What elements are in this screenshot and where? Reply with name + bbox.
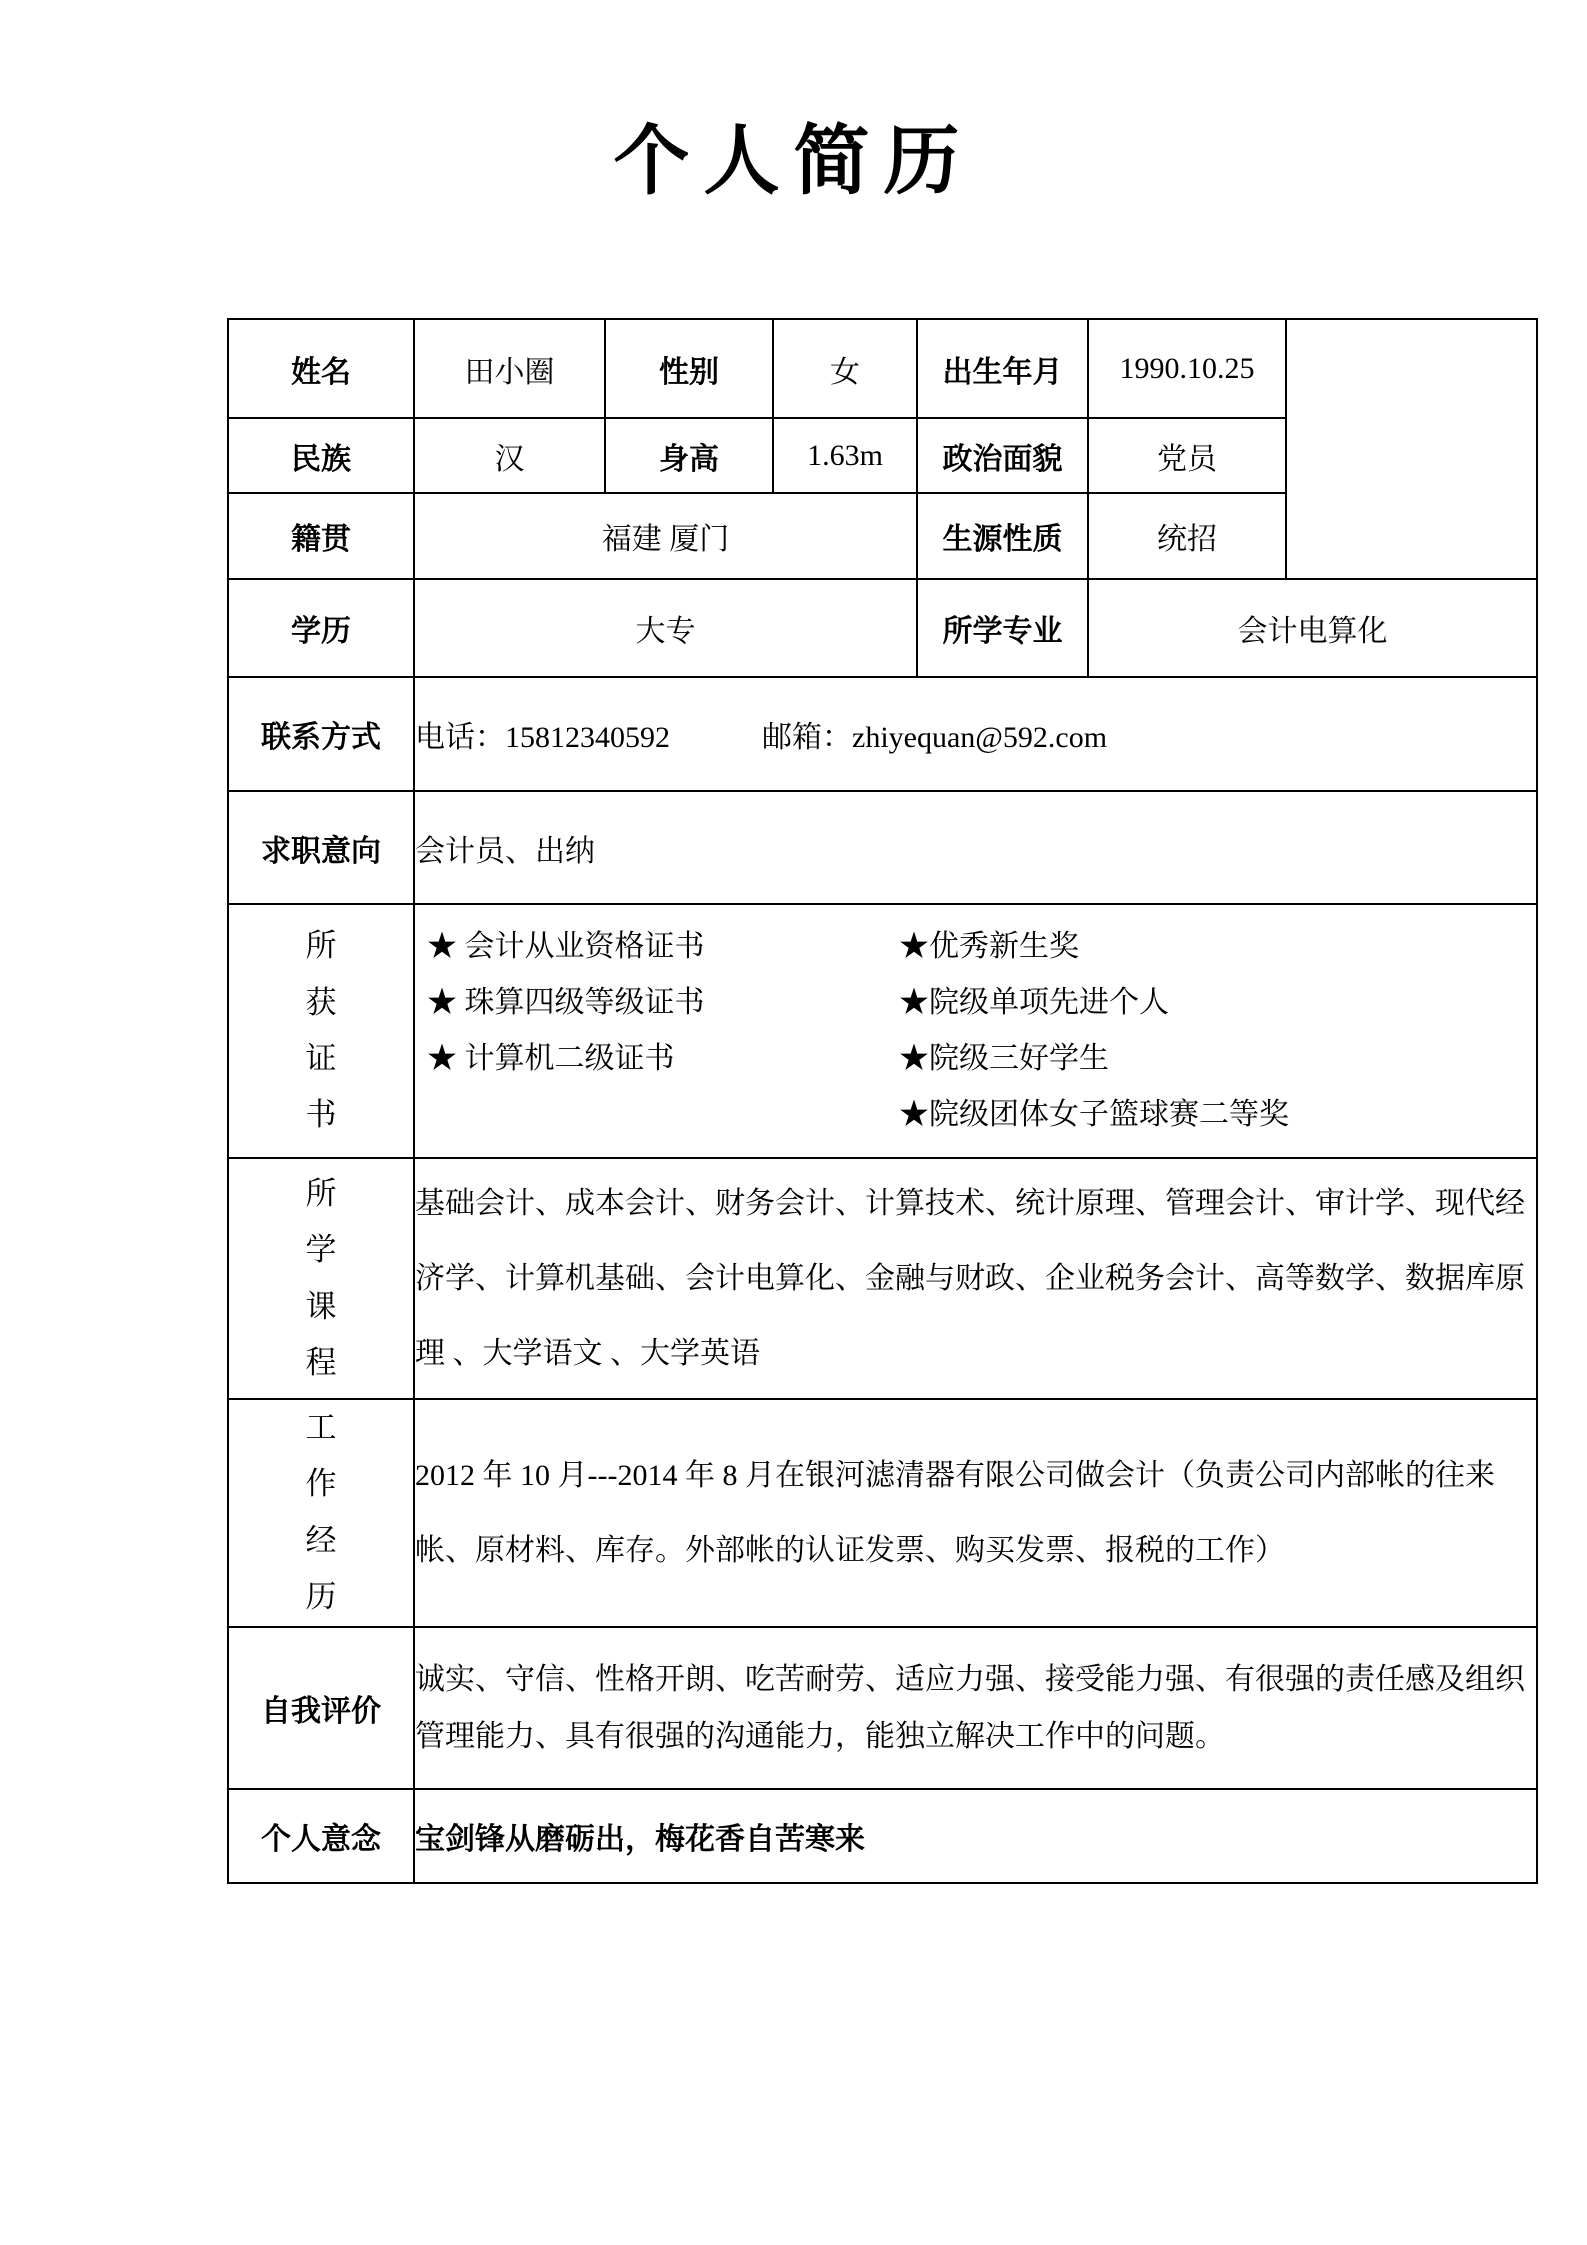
contact-phone: 电话：15812340592 (415, 721, 670, 754)
origin-label: 生源性质 (917, 493, 1088, 579)
birth-value: 1990.10.25 (1088, 319, 1286, 418)
major-value: 会计电算化 (1088, 579, 1537, 677)
row-motto: 个人意念 宝剑锋从磨砺出，梅花香自苦寒来 (228, 1789, 1537, 1883)
contact-value-cell: 电话：15812340592邮箱：zhiyequan@592.com (414, 677, 1537, 791)
height-value: 1.63m (773, 418, 917, 493)
motto-label: 个人意念 (228, 1789, 414, 1883)
award-item: ★院级单项先进个人 (899, 975, 1289, 1031)
courses-label: 所学课程 (228, 1158, 414, 1399)
award-item: ★院级团体女子篮球赛二等奖 (899, 1087, 1289, 1143)
row-certificates: 所获证书 ★ 会计从业资格证书 ★ 珠算四级等级证书 ★ 计算机二级证书 ★优秀… (228, 904, 1537, 1158)
row-contact: 联系方式 电话：15812340592邮箱：zhiyequan@592.com (228, 677, 1537, 791)
courses-cell: 基础会计、成本会计、财务会计、计算技术、统计原理、管理会计、审计学、现代经济学、… (414, 1158, 1537, 1399)
gender-label: 性别 (605, 319, 773, 418)
row-courses: 所学课程 基础会计、成本会计、财务会计、计算技术、统计原理、管理会计、审计学、现… (228, 1158, 1537, 1399)
certificates-cell: ★ 会计从业资格证书 ★ 珠算四级等级证书 ★ 计算机二级证书 ★优秀新生奖 ★… (414, 904, 1537, 1158)
award-list-right: ★优秀新生奖 ★院级单项先进个人 ★院级三好学生 ★院级团体女子篮球赛二等奖 (899, 919, 1289, 1143)
certificates-label: 所获证书 (228, 904, 414, 1158)
award-item: ★院级三好学生 (899, 1031, 1289, 1087)
ethnicity-label: 民族 (228, 418, 414, 493)
origin-value: 统招 (1088, 493, 1286, 579)
name-label: 姓名 (228, 319, 414, 418)
ethnicity-value: 汉 (414, 418, 605, 493)
education-value: 大专 (414, 579, 917, 677)
page-title: 个人简历 (0, 100, 1587, 209)
motto-text: 宝剑锋从磨砺出，梅花香自苦寒来 (415, 1823, 865, 1856)
row-basic-1: 姓名 田小圈 性别 女 出生年月 1990.10.25 (228, 319, 1537, 418)
political-label: 政治面貌 (917, 418, 1088, 493)
certificate-item: ★ 计算机二级证书 (427, 1031, 899, 1087)
self-evaluation-label: 自我评价 (228, 1627, 414, 1789)
work-cell: 2012 年 10 月---2014 年 8 月在银河滤清器有限公司做会计（负责… (414, 1399, 1537, 1627)
certificate-item: ★ 珠算四级等级证书 (427, 975, 899, 1031)
courses-label-text: 所学课程 (303, 1166, 339, 1392)
native-place-label: 籍贯 (228, 493, 414, 579)
row-education: 学历 大专 所学专业 会计电算化 (228, 579, 1537, 677)
contact-email: 邮箱：zhiyequan@592.com (762, 721, 1107, 754)
courses-text: 基础会计、成本会计、财务会计、计算技术、统计原理、管理会计、审计学、现代经济学、… (415, 1166, 1536, 1391)
name-value: 田小圈 (414, 319, 605, 418)
contact-label: 联系方式 (228, 677, 414, 791)
self-evaluation-text: 诚实、守信、性格开朗、吃苦耐劳、适应力强、接受能力强、有很强的责任感及组织管理能… (415, 1651, 1536, 1765)
objective-label: 求职意向 (228, 791, 414, 904)
work-text: 2012 年 10 月---2014 年 8 月在银河滤清器有限公司做会计（负责… (415, 1438, 1536, 1588)
certificates-label-text: 所获证书 (303, 918, 339, 1144)
work-label-text: 工作经历 (303, 1400, 339, 1626)
photo-placeholder (1286, 319, 1537, 579)
resume-table: 姓名 田小圈 性别 女 出生年月 1990.10.25 民族 汉 身高 1.63… (227, 318, 1538, 1884)
work-label: 工作经历 (228, 1399, 414, 1627)
major-label: 所学专业 (917, 579, 1088, 677)
motto-cell: 宝剑锋从磨砺出，梅花香自苦寒来 (414, 1789, 1537, 1883)
education-label: 学历 (228, 579, 414, 677)
award-item: ★优秀新生奖 (899, 919, 1289, 975)
birth-label: 出生年月 (917, 319, 1088, 418)
contact-line: 电话：15812340592邮箱：zhiyequan@592.com (415, 712, 1536, 756)
certificates-columns: ★ 会计从业资格证书 ★ 珠算四级等级证书 ★ 计算机二级证书 ★优秀新生奖 ★… (415, 919, 1536, 1143)
native-place-value: 福建 厦门 (414, 493, 917, 579)
height-label: 身高 (605, 418, 773, 493)
certificate-list-left: ★ 会计从业资格证书 ★ 珠算四级等级证书 ★ 计算机二级证书 (427, 919, 899, 1087)
political-value: 党员 (1088, 418, 1286, 493)
self-evaluation-cell: 诚实、守信、性格开朗、吃苦耐劳、适应力强、接受能力强、有很强的责任感及组织管理能… (414, 1627, 1537, 1789)
row-self-evaluation: 自我评价 诚实、守信、性格开朗、吃苦耐劳、适应力强、接受能力强、有很强的责任感及… (228, 1627, 1537, 1789)
row-work: 工作经历 2012 年 10 月---2014 年 8 月在银河滤清器有限公司做… (228, 1399, 1537, 1627)
row-objective: 求职意向 会计员、出纳 (228, 791, 1537, 904)
objective-value: 会计员、出纳 (414, 791, 1537, 904)
certificate-item: ★ 会计从业资格证书 (427, 919, 899, 975)
gender-value: 女 (773, 319, 917, 418)
